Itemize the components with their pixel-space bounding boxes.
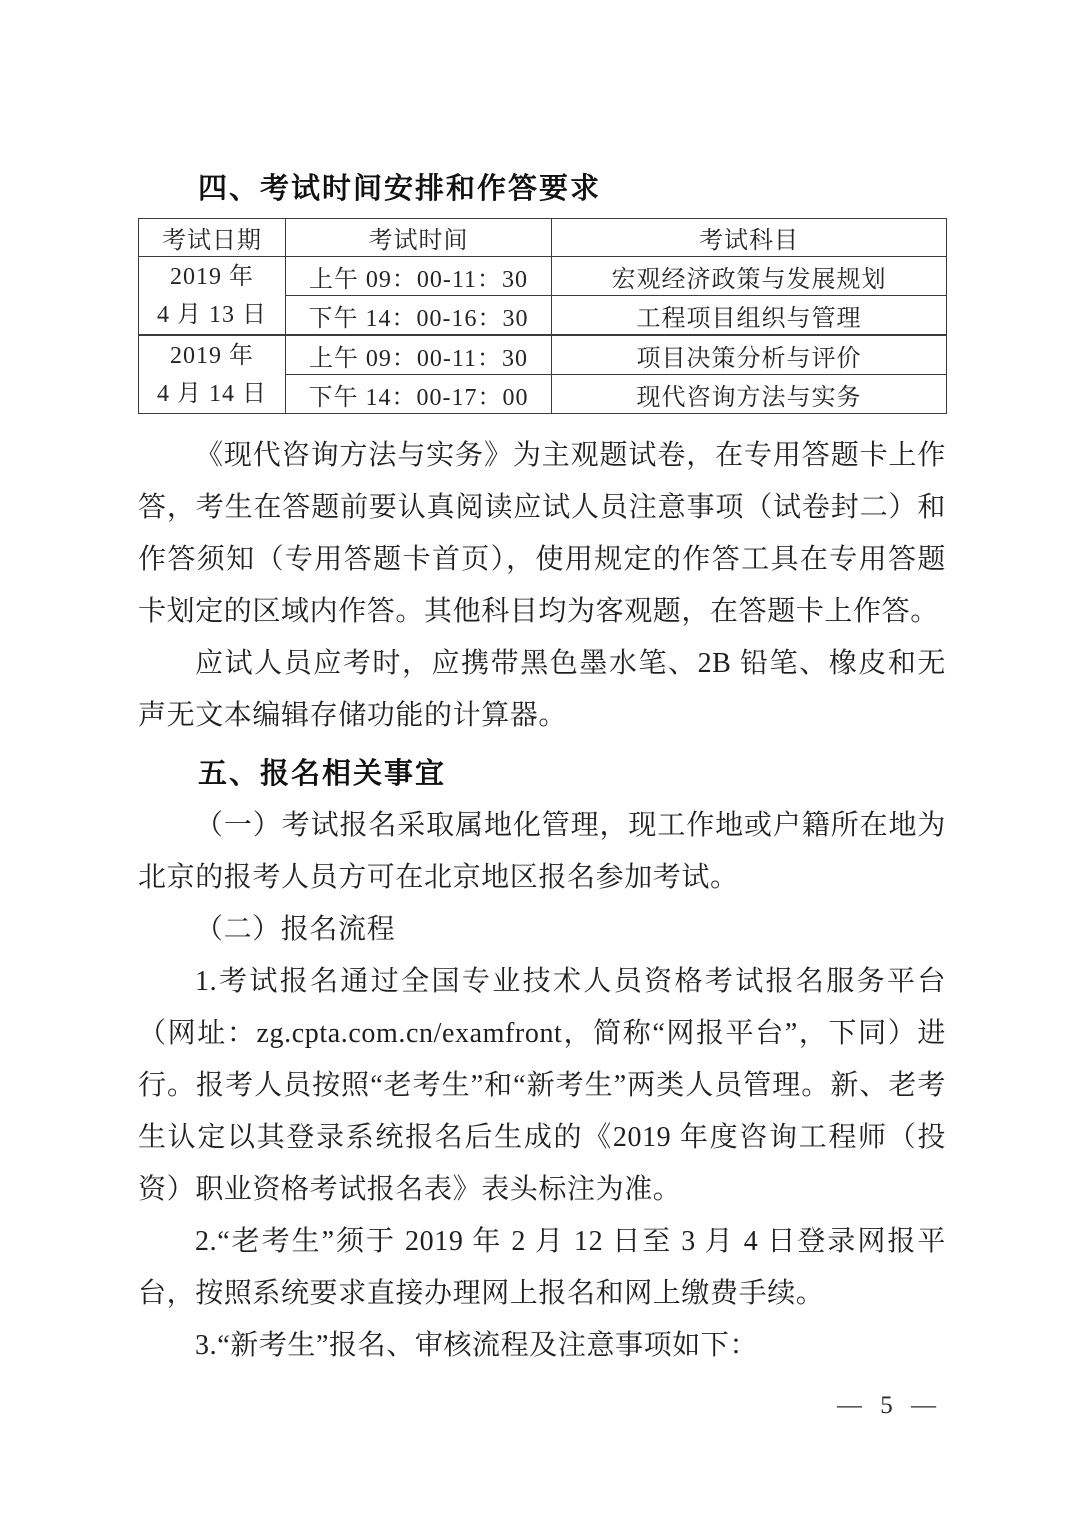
exam-date-cell-day2: 2019 年 4 月 14 日 [139,335,286,414]
paragraph-registration-platform: 1.考试报名通过全国专业技术人员资格考试报名服务平台（网址：zg.cpta.co… [138,956,946,1216]
exam-date-cell-day1: 2019 年 4 月 13 日 [139,257,286,336]
exam-time-cell: 下午 14：00-16：30 [286,296,552,336]
document-page: 四、考试时间安排和作答要求 考试日期 考试时间 考试科目 2019 年 4 月 … [0,0,1080,1527]
column-header-exam-time: 考试时间 [286,219,552,257]
paragraph-registration-process-title: （二）报名流程 [138,904,946,956]
paragraph-exam-tools: 应试人员应考时，应携带黑色墨水笔、2B 铅笔、橡皮和无声无文本编辑存储功能的计算… [138,638,946,742]
exam-subject-cell: 工程项目组织与管理 [552,296,947,336]
exam-date-year: 2019 年 [139,258,285,296]
exam-time-cell: 上午 09：00-11：30 [286,335,552,375]
section-title-registration: 五、报名相关事宜 [138,748,946,800]
paragraph-old-candidates: 2.“老考生”须于 2019 年 2 月 12 日至 3 月 4 日登录网报平台… [138,1216,946,1320]
exam-subject-cell: 项目决策分析与评价 [552,335,947,375]
paragraph-registration-locality: （一）考试报名采取属地化管理，现工作地或户籍所在地为北京的报考人员方可在北京地区… [138,800,946,904]
table-row: 2019 年 4 月 14 日 上午 09：00-11：30 项目决策分析与评价 [139,335,947,375]
exam-date-year: 2019 年 [139,337,285,375]
table-row: 2019 年 4 月 13 日 上午 09：00-11：30 宏观经济政策与发展… [139,257,947,296]
paragraph-new-candidates: 3.“新考生”报名、审核流程及注意事项如下： [138,1320,946,1372]
page-content: 四、考试时间安排和作答要求 考试日期 考试时间 考试科目 2019 年 4 月 … [138,170,946,1372]
exam-schedule-table: 考试日期 考试时间 考试科目 2019 年 4 月 13 日 上午 09：00-… [138,218,947,414]
table-header-row: 考试日期 考试时间 考试科目 [139,219,947,257]
exam-time-cell: 下午 14：00-17：00 [286,375,552,414]
paragraph-answer-sheet-rules: 《现代咨询方法与实务》为主观题试卷，在专用答题卡上作答，考生在答题前要认真阅读应… [138,430,946,638]
exam-date-day: 4 月 14 日 [139,375,285,413]
column-header-exam-date: 考试日期 [139,219,286,257]
page-number: — 5 — [837,1392,942,1420]
exam-date-day: 4 月 13 日 [139,296,285,334]
exam-subject-cell: 宏观经济政策与发展规划 [552,257,947,296]
exam-time-cell: 上午 09：00-11：30 [286,257,552,296]
section-title-exam-schedule: 四、考试时间安排和作答要求 [138,170,946,208]
exam-subject-cell: 现代咨询方法与实务 [552,375,947,414]
column-header-exam-subject: 考试科目 [552,219,947,257]
